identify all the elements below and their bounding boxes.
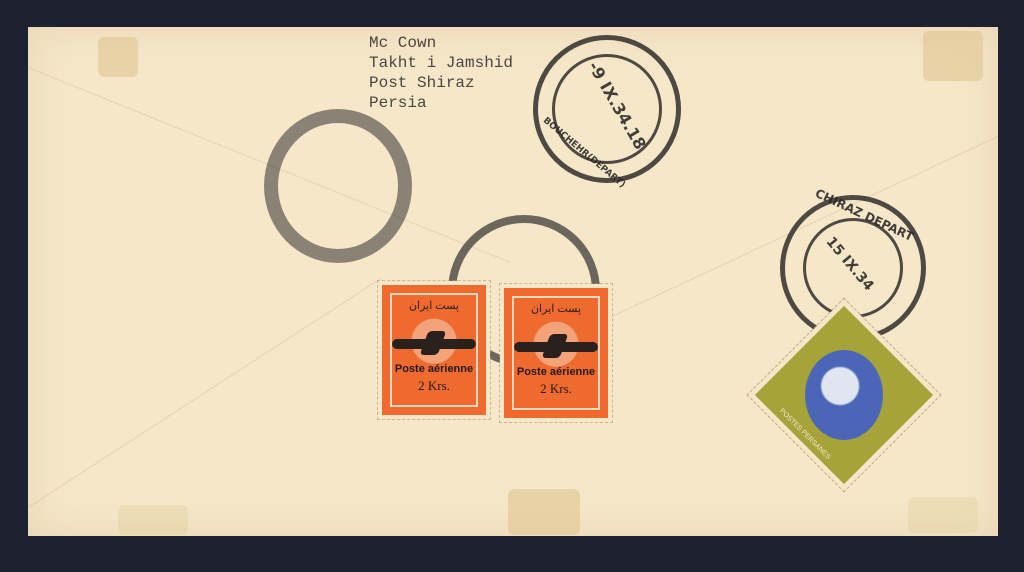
airmail-stamp: پست ایران Poste aérienne 2 Krs. — [378, 281, 490, 419]
postmark-bushire: -9 IX.34.18 BOUCHEHR(DEPART) — [533, 35, 681, 183]
stamp-value: 2 Krs. — [504, 381, 608, 397]
tape-mark-top-left — [98, 37, 138, 77]
stamp-value: 2 Krs. — [382, 378, 486, 394]
address-line: Mc Cown — [369, 33, 513, 53]
stamp-overprint: Poste aérienne — [382, 363, 486, 375]
airmail-stamp: پست ایران Poste aérienne 2 Krs. — [500, 284, 612, 422]
tape-mark-bottom-left — [118, 505, 188, 535]
address-line: Post Shiraz — [369, 73, 513, 93]
address-line: Takht i Jamshid — [369, 53, 513, 73]
sender-address: Mc CownTakht i JamshidPost ShirazPersia — [369, 33, 513, 113]
postmark-smudged — [264, 109, 412, 263]
flap-fold-lower-left — [28, 278, 381, 508]
stamp-farsi-text: پست ایران — [504, 302, 608, 315]
address-line: Persia — [369, 93, 513, 113]
portrait-oval — [805, 350, 883, 440]
tape-mark-bottom — [508, 489, 580, 535]
stamp-farsi-text: پست ایران — [382, 299, 486, 312]
tape-mark-top-right — [923, 31, 983, 81]
stamp-overprint: Poste aérienne — [504, 366, 608, 378]
tape-mark-bottom-right — [908, 497, 978, 533]
portrait-stamp: POSTES PERSANES — [748, 299, 940, 491]
envelope-back: Mc CownTakht i JamshidPost ShirazPersia … — [28, 27, 998, 536]
